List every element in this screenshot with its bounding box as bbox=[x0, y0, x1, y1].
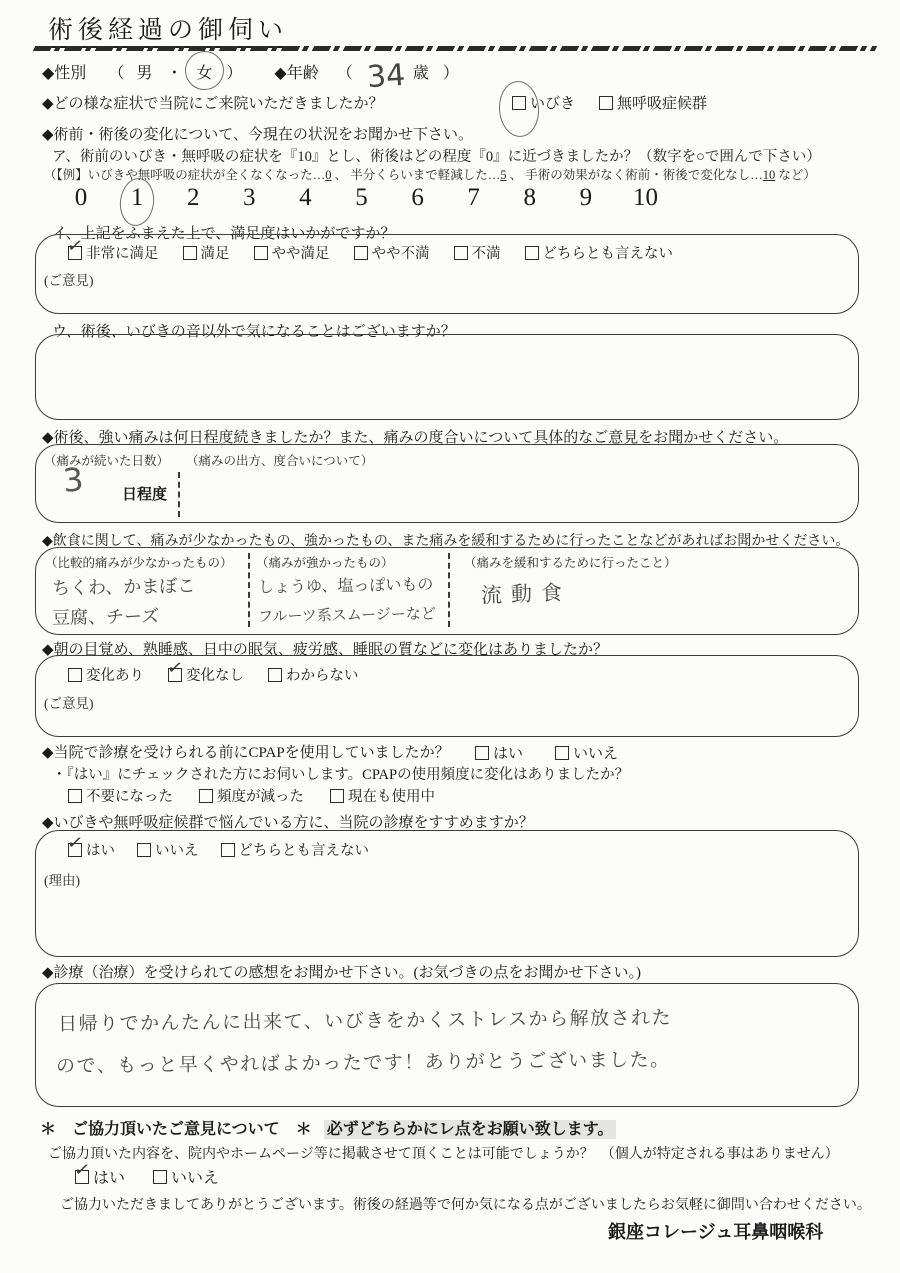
symptom-line: ◆どの様な症状で当院にご来院いただきましたか？ ✓ いびき ✓ 無呼吸症候群 bbox=[42, 92, 872, 113]
consent-note: ＊ ご協力頂いたご意見について ＊ 必ずどちらかにレ点をお願い致します。 bbox=[40, 1116, 616, 1139]
checkbox-neither[interactable]: ✓ bbox=[525, 246, 539, 260]
option-label: はい bbox=[86, 839, 115, 860]
check-mark: ✓ bbox=[166, 657, 185, 678]
cpap-line: ◆当院で診療を受けられる前にCPAPを使用していましたか？ ✓ はい ✓ いいえ bbox=[42, 741, 872, 762]
food-divider-1 bbox=[248, 553, 250, 627]
page-title: 術後経過の御伺い bbox=[48, 17, 288, 48]
change-heading: ◆術前・術後の変化について、今現在の状況をお聞かせ下さい。 bbox=[42, 123, 473, 144]
food-col1-handwritten-1: ちくわ、かまぼこ bbox=[52, 572, 196, 600]
option-recommend-yes: ✓ はい bbox=[68, 839, 115, 860]
option-label: 非常に満足 bbox=[86, 242, 159, 263]
scanned-survey-form: 術後経過の御伺い ◆性別 （ 男 ・ 女 ） ◆年齢 （ 34 歳 ） ◆どの様… bbox=[0, 0, 900, 1273]
option-somewhat-dissatisfied: ✓ やや不満 bbox=[354, 242, 430, 263]
checkbox-still-using[interactable]: ✓ bbox=[330, 789, 344, 803]
clinic-name: 銀座コレージュ耳鼻咽喉科 bbox=[608, 1218, 823, 1244]
option-frequency-reduced: ✓ 頻度が減った bbox=[199, 785, 304, 806]
option-unknown: ✓ わからない bbox=[268, 664, 359, 685]
scale-5[interactable]: 5 bbox=[352, 184, 370, 212]
cpap-question: ◆当院で診療を受けられる前にCPAPを使用していましたか？ bbox=[42, 745, 450, 761]
age-value-handwritten: 34 bbox=[366, 58, 407, 96]
checkbox-recommend-neither[interactable]: ✓ bbox=[221, 843, 235, 857]
consent-note-highlight: 必ずどちらかにレ点をお願い致します。 bbox=[324, 1120, 617, 1139]
option-label: わからない bbox=[286, 664, 359, 685]
option-label: いいえ bbox=[155, 839, 199, 860]
option-label: やや満足 bbox=[272, 242, 330, 263]
option-label: 無呼吸症候群 bbox=[617, 92, 707, 113]
example-text: など） bbox=[775, 168, 816, 182]
recommend-box: ✓ はい ✓ いいえ ✓ どちらとも言えない (理由) bbox=[35, 830, 859, 957]
gender-separator: ・ bbox=[166, 65, 182, 82]
checkbox-no-longer-needed[interactable]: ✓ bbox=[68, 789, 82, 803]
food-col2-handwritten-1: しょうゆ、塩っぽいもの bbox=[258, 571, 434, 597]
option-label: はい bbox=[493, 742, 523, 763]
other-concerns-box[interactable] bbox=[35, 334, 859, 420]
consent-options: ✓ はい ✓ いいえ bbox=[75, 1165, 219, 1188]
age-unit: 歳 bbox=[413, 65, 429, 82]
example-text: 、 半分くらいまで軽減した… bbox=[332, 168, 501, 182]
score-scale: 0 1 2 3 4 5 6 7 8 9 10 bbox=[72, 184, 658, 212]
satisfaction-options: ✓ 非常に満足 ✓ 満足 ✓ やや満足 ✓ やや不満 ✓ 不満 ✓ どちらとも言… bbox=[68, 242, 673, 263]
symptom-question: ◆どの様な症状で当院にご来院いただきましたか？ bbox=[42, 96, 384, 112]
gender-option-male[interactable]: 男 bbox=[136, 65, 152, 82]
option-label: どちらとも言えない bbox=[543, 242, 674, 263]
checkbox-somewhat-dissatisfied[interactable]: ✓ bbox=[354, 246, 368, 260]
option-label: はい bbox=[93, 1165, 125, 1188]
option-label: 変化あり bbox=[86, 664, 144, 685]
checkbox-frequency-reduced[interactable]: ✓ bbox=[199, 789, 213, 803]
sleep-box: ✓ 変化あり ✓ 変化なし ✓ わからない (ご意見) bbox=[35, 655, 859, 737]
scale-10[interactable]: 10 bbox=[633, 184, 658, 212]
checkbox-satisfied[interactable]: ✓ bbox=[183, 246, 197, 260]
option-neither: ✓ どちらとも言えない bbox=[525, 242, 674, 263]
checkbox-no-change[interactable]: ✓ bbox=[168, 668, 182, 682]
option-label: 満足 bbox=[201, 242, 230, 263]
scale-4[interactable]: 4 bbox=[296, 184, 314, 212]
comment-label: (ご意見) bbox=[44, 692, 94, 712]
change-example: （【例】いびきや無呼吸の症状が全くなくなった…0 、 半分くらいまで軽減した…5… bbox=[44, 165, 816, 183]
checkbox-dissatisfied[interactable]: ✓ bbox=[454, 246, 468, 260]
gender-option-female[interactable]: 女 bbox=[196, 60, 212, 83]
pain-days-handwritten: 3 bbox=[61, 460, 85, 500]
scale-0[interactable]: 0 bbox=[72, 184, 90, 212]
food-col1-label: （比較的痛みが少なかったもの） bbox=[45, 553, 233, 571]
pain-detail-label: （痛みの出方、度合いについて） bbox=[186, 451, 373, 469]
option-label: 不要になった bbox=[86, 785, 173, 806]
food-col3-label: （痛みを緩和するために行ったこと） bbox=[464, 553, 677, 571]
scale-7[interactable]: 7 bbox=[465, 184, 483, 212]
recommend-options: ✓ はい ✓ いいえ ✓ どちらとも言えない bbox=[68, 839, 369, 860]
example-text: 、 手術の効果がなく術前・術後で変化なし… bbox=[507, 168, 763, 182]
pain-days-unit: 日程度 bbox=[122, 483, 167, 504]
option-recommend-no: ✓ いいえ bbox=[137, 839, 199, 860]
impressions-box: 日帰りでかんたんに出来て、いびきをかくストレスから解放された ので、もっと早くや… bbox=[35, 983, 859, 1107]
option-publish-yes: ✓ はい bbox=[75, 1165, 125, 1188]
checkbox-unknown[interactable]: ✓ bbox=[268, 668, 282, 682]
option-apnea: ✓ 無呼吸症候群 bbox=[599, 92, 707, 113]
example-value-10: 10 bbox=[763, 168, 776, 182]
recommend-question: ◆いびきや無呼吸症候群で悩んでいる方に、当院の診療をすすめますか？ bbox=[42, 811, 534, 832]
option-label: どちらとも言えない bbox=[239, 839, 370, 860]
reason-label: (理由) bbox=[44, 869, 80, 889]
option-very-satisfied: ✓ 非常に満足 bbox=[68, 242, 159, 263]
gender-paren-close: ） bbox=[226, 65, 242, 82]
option-no-change: ✓ 変化なし bbox=[168, 664, 244, 685]
sleep-options: ✓ 変化あり ✓ 変化なし ✓ わからない bbox=[68, 664, 359, 685]
gender-label: ◆性別 bbox=[42, 65, 86, 82]
scale-3[interactable]: 3 bbox=[240, 184, 258, 212]
gender-paren-open: （ bbox=[108, 65, 124, 82]
option-recommend-neither: ✓ どちらとも言えない bbox=[221, 839, 370, 860]
consent-note-plain: ＊ ご協力頂いたご意見について ＊ bbox=[40, 1121, 312, 1138]
checkbox-changed[interactable]: ✓ bbox=[68, 668, 82, 682]
age-paren-open: （ bbox=[337, 65, 353, 82]
checkbox-recommend-yes[interactable]: ✓ bbox=[68, 843, 82, 857]
food-divider-2 bbox=[448, 553, 450, 627]
cpap-followup-question: ・『はい』にチェックされた方にお伺いします。CPAPの使用頻度に変化はありました… bbox=[52, 763, 629, 784]
scale-6[interactable]: 6 bbox=[409, 184, 427, 212]
scale-1-selected[interactable]: 1 bbox=[128, 184, 146, 212]
comment-label: (ご意見) bbox=[44, 269, 94, 289]
impressions-handwritten-1: 日帰りでかんたんに出来て、いびきをかくストレスから解放された bbox=[58, 1003, 672, 1036]
option-label: 現在も使用中 bbox=[348, 785, 435, 806]
option-satisfied: ✓ 満足 bbox=[183, 242, 230, 263]
option-still-using: ✓ 現在も使用中 bbox=[330, 785, 435, 806]
option-publish-no: ✓ いいえ bbox=[153, 1165, 219, 1188]
food-box: （比較的痛みが少なかったもの） （痛みが強かったもの） （痛みを緩和するために行… bbox=[35, 547, 859, 635]
consent-question: ご協力頂いた内容を、院内やホームページ等に掲載させて頂くことは可能でしょうか？ … bbox=[48, 1143, 839, 1163]
scale-2[interactable]: 2 bbox=[184, 184, 202, 212]
option-cpap-no: ✓ いいえ bbox=[555, 742, 618, 763]
check-mark: ✓ bbox=[66, 235, 85, 256]
option-label: 変化なし bbox=[186, 664, 244, 685]
option-somewhat-satisfied: ✓ やや満足 bbox=[254, 242, 330, 263]
option-label: いいえ bbox=[573, 742, 618, 763]
food-col2-handwritten-2: フルーツ系スムージーなど bbox=[258, 602, 436, 626]
title-divider bbox=[33, 46, 877, 51]
pain-box: （痛みが続いた日数） （痛みの出方、度合いについて） 3 日程度 bbox=[35, 444, 859, 523]
satisfaction-box: ✓ 非常に満足 ✓ 満足 ✓ やや満足 ✓ やや不満 ✓ 不満 ✓ どちらとも言… bbox=[35, 234, 859, 314]
food-col3-handwritten: 流動食 bbox=[481, 576, 572, 609]
profile-line: ◆性別 （ 男 ・ 女 ） ◆年齢 （ 34 歳 ） bbox=[42, 59, 459, 94]
option-label: 頻度が減った bbox=[217, 785, 304, 806]
check-mark: ✓ bbox=[73, 1159, 92, 1180]
checkbox-very-satisfied[interactable]: ✓ bbox=[68, 246, 82, 260]
age-label: ◆年齢 bbox=[274, 65, 318, 82]
checkbox-publish-yes[interactable]: ✓ bbox=[75, 1170, 89, 1184]
checkbox-recommend-no[interactable]: ✓ bbox=[137, 843, 151, 857]
option-changed: ✓ 変化あり bbox=[68, 664, 144, 685]
impressions-handwritten-2: ので、もっと早くやればよかったです！ありがとうございました。 bbox=[56, 1045, 671, 1078]
scale-9[interactable]: 9 bbox=[577, 184, 595, 212]
change-question-a: ア、術前のいびき・無呼吸の症状を『10』とし、術後はどの程度『0』に近づきました… bbox=[52, 145, 821, 166]
checkbox-apnea[interactable]: ✓ bbox=[599, 96, 613, 110]
option-cpap-yes: ✓ はい bbox=[475, 742, 523, 763]
age-paren-close: ） bbox=[443, 65, 459, 82]
option-label: いびき bbox=[530, 92, 575, 113]
checkbox-cpap-no[interactable]: ✓ bbox=[555, 746, 569, 760]
checkbox-snoring[interactable]: ✓ bbox=[512, 96, 526, 110]
option-no-longer-needed: ✓ 不要になった bbox=[68, 785, 173, 806]
option-label: 不満 bbox=[472, 242, 501, 263]
cpap-followup-options: ✓ 不要になった ✓ 頻度が減った ✓ 現在も使用中 bbox=[68, 785, 435, 806]
food-col2-label: （痛みが強かったもの） bbox=[256, 553, 394, 571]
thanks-message: ご協力いただきましてありがとうございます。術後の経過等で何か気になる点がございま… bbox=[60, 1194, 871, 1214]
example-text: （【例】いびきや無呼吸の症状が全くなくなった… bbox=[44, 168, 325, 182]
scale-8[interactable]: 8 bbox=[521, 184, 539, 212]
option-snoring: ✓ いびき bbox=[512, 92, 575, 113]
check-mark: ✓ bbox=[66, 832, 85, 853]
food-col1-handwritten-2: 豆腐、チーズ bbox=[52, 602, 160, 630]
pain-divider bbox=[178, 472, 180, 517]
checkbox-somewhat-satisfied[interactable]: ✓ bbox=[254, 246, 268, 260]
impressions-heading: ◆診療（治療）を受けられての感想をお聞かせ下さい。(お気づきの点をお聞かせ下さい… bbox=[42, 961, 641, 982]
option-label: いいえ bbox=[171, 1165, 219, 1188]
checkbox-publish-no[interactable]: ✓ bbox=[153, 1170, 167, 1184]
option-label: やや不満 bbox=[372, 242, 430, 263]
checkbox-cpap-yes[interactable]: ✓ bbox=[475, 746, 489, 760]
option-dissatisfied: ✓ 不満 bbox=[454, 242, 501, 263]
